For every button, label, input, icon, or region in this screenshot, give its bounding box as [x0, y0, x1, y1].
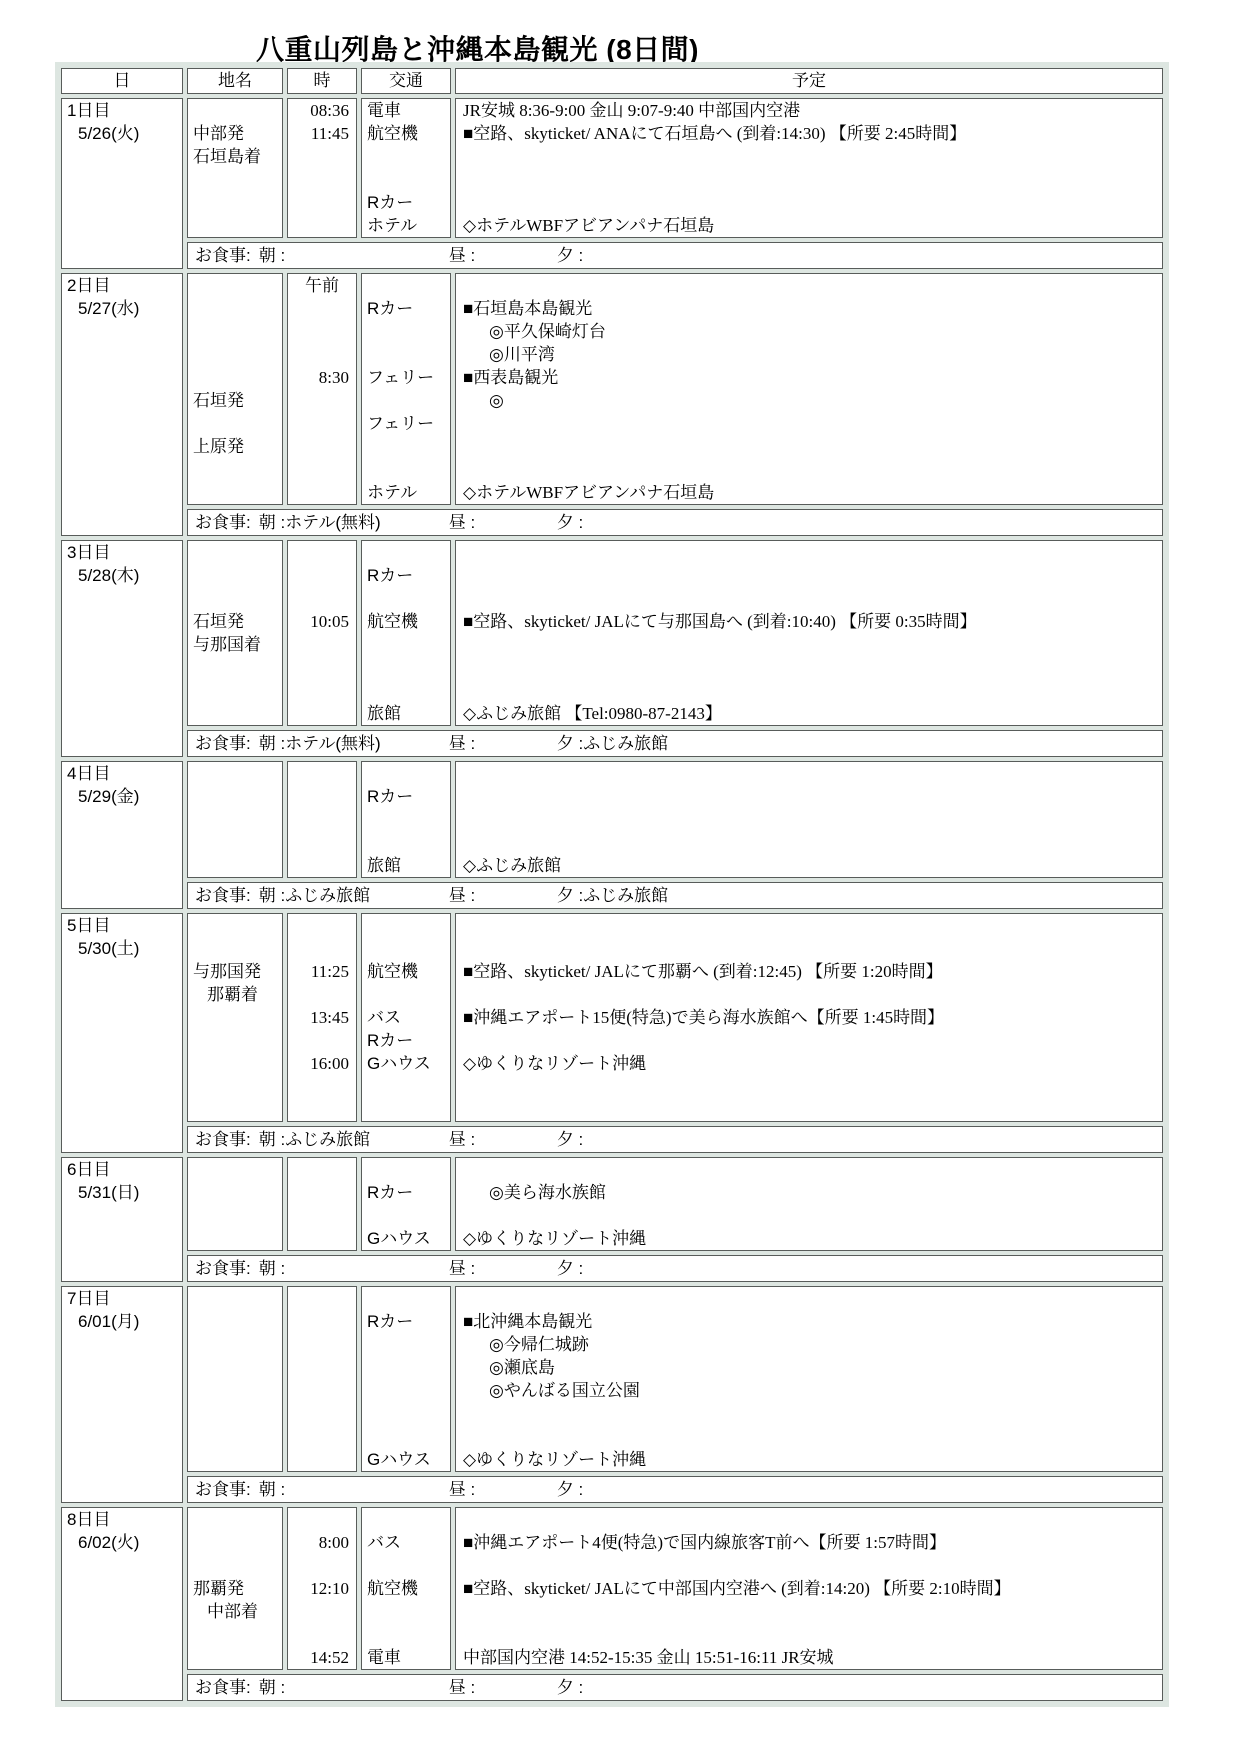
meal-lunch: 昼 :: [449, 1256, 557, 1281]
place-line: [188, 1287, 282, 1310]
meal-lunch: 昼 :: [449, 1675, 557, 1700]
place-line: 与那国着: [188, 633, 282, 656]
plan-line: [456, 762, 1162, 785]
meal-dinner-label: 夕 :: [557, 734, 583, 753]
transport-line: [362, 1623, 450, 1646]
meal-dinner-label: 夕 :: [557, 1130, 583, 1149]
day-date: 5/27(水): [62, 297, 182, 320]
plan-line: [456, 1287, 1162, 1310]
transport-line: 電車: [362, 1646, 450, 1669]
meal-breakfast-label: 朝 :: [259, 513, 285, 532]
time-line: [288, 1554, 356, 1577]
transport-line: [362, 937, 450, 960]
transport-line: [362, 1333, 450, 1356]
day-block-row: 6日目5/31(日) Rカー Gハウス ◎美ら海水族館 ◇ゆくりなリゾート沖縄: [61, 1157, 1163, 1251]
plan-line: [456, 983, 1162, 1006]
meal-lunch-label: 昼 :: [449, 1480, 475, 1499]
meal-breakfast-label: 朝 :: [259, 734, 285, 753]
time-line: [288, 1508, 356, 1531]
meal-dinner: 夕 :: [557, 243, 583, 268]
transport-cell: Rカー 航空機 旅館: [361, 540, 451, 726]
day-number: 7日目: [62, 1287, 182, 1310]
plan-cell: ◎美ら海水族館 ◇ゆくりなリゾート沖縄: [455, 1157, 1163, 1251]
day-date: 5/26(火): [62, 122, 182, 145]
transport-line: 旅館: [362, 854, 450, 877]
plan-line: ◎川平湾: [456, 343, 1162, 366]
place-line: 中部着: [188, 1600, 282, 1623]
meal-breakfast: 朝 :: [259, 1675, 449, 1700]
place-line: [188, 366, 282, 389]
place-line: [188, 656, 282, 679]
meal-breakfast-value: ふじみ旅館: [285, 886, 370, 905]
plan-line: ◇ゆくりなリゾート沖縄: [456, 1052, 1162, 1075]
place-line: [188, 762, 282, 785]
plan-line: [456, 191, 1162, 214]
itinerary-table: 日 地名 時 交通 予定 1日目5/26(火) 中部発石垣島着 08:3611:…: [57, 64, 1167, 1705]
plan-cell: ■空路、skyticket/ JALにて与那国島へ (到着:10:40) 【所要…: [455, 540, 1163, 726]
place-cell: 那覇発中部着: [187, 1507, 283, 1670]
meal-dinner-label: 夕 :: [557, 513, 583, 532]
place-line: [188, 1075, 282, 1098]
transport-line: [362, 983, 450, 1006]
day-number: 8日目: [62, 1508, 182, 1531]
day-block-row: 4日目5/29(金) Rカー 旅館 ◇ふじみ旅館: [61, 761, 1163, 878]
transport-line: [362, 1600, 450, 1623]
day-date: 5/29(金): [62, 785, 182, 808]
transport-line: [362, 1287, 450, 1310]
place-line: [188, 1356, 282, 1379]
place-cell: [187, 1157, 283, 1251]
time-cell: 8:00 12:10 14:52: [287, 1507, 357, 1670]
plan-line: [456, 1600, 1162, 1623]
meal-breakfast: 朝 :: [259, 243, 449, 268]
transport-line: [362, 458, 450, 481]
place-line: 那覇発: [188, 1577, 282, 1600]
time-line: [288, 145, 356, 168]
transport-line: 航空機: [362, 960, 450, 983]
header-row: 日 地名 時 交通 予定: [61, 68, 1163, 94]
time-line: 16:00: [288, 1052, 356, 1075]
meal-breakfast-label: 朝 :: [259, 246, 285, 265]
transport-line: Rカー: [362, 1029, 450, 1052]
time-line: [288, 389, 356, 412]
plan-line: ■石垣島本島観光: [456, 297, 1162, 320]
place-line: [188, 587, 282, 610]
day-block-row: 2日目5/27(水) 石垣発 上原発 午前 8:30 Rカー フェリー フェリー…: [61, 273, 1163, 505]
place-line: [188, 168, 282, 191]
plan-line: [456, 1402, 1162, 1425]
transport-line: 航空機: [362, 122, 450, 145]
meal-label: お食事:: [188, 883, 251, 908]
place-line: [188, 1554, 282, 1577]
header-cell-place: 地名: [187, 68, 283, 94]
day-date: 5/31(日): [62, 1181, 182, 1204]
plan-line: ■沖縄エアポート4便(特急)で国内線旅客T前へ【所要 1:57時間】: [456, 1531, 1162, 1554]
meal-lunch-label: 昼 :: [449, 734, 475, 753]
plan-line: [456, 168, 1162, 191]
transport-line: [362, 1075, 450, 1098]
header-cell-transport: 交通: [361, 68, 451, 94]
time-cell: 午前 8:30: [287, 273, 357, 505]
place-line: [188, 914, 282, 937]
meal-dinner-value: ふじみ旅館: [583, 734, 668, 753]
header-cell-time: 時: [287, 68, 357, 94]
place-line: [188, 1448, 282, 1471]
place-line: [188, 808, 282, 831]
transport-line: [362, 1379, 450, 1402]
plan-line: ◇ゆくりなリゾート沖縄: [456, 1448, 1162, 1471]
transport-line: バス: [362, 1006, 450, 1029]
meal-breakfast: 朝 :ホテル(無料): [259, 510, 449, 535]
time-cell: 11:25 13:45 16:00: [287, 913, 357, 1122]
meal-row: お食事:朝 :昼 :夕 :: [61, 242, 1163, 269]
meal-label: お食事:: [188, 1675, 251, 1700]
plan-line: [456, 937, 1162, 960]
plan-line: [456, 1623, 1162, 1646]
plan-line: [456, 656, 1162, 679]
place-line: [188, 1333, 282, 1356]
plan-line: [456, 564, 1162, 587]
transport-cell: Rカー Gハウス: [361, 1286, 451, 1472]
day-date: 5/28(木): [62, 564, 182, 587]
meal-lunch: 昼 :: [449, 243, 557, 268]
time-line: [288, 1333, 356, 1356]
time-line: 午前: [288, 274, 356, 297]
meal-breakfast: 朝 :ふじみ旅館: [259, 1127, 449, 1152]
transport-line: [362, 1554, 450, 1577]
plan-line: ◎やんばる国立公園: [456, 1379, 1162, 1402]
plan-line: ◇ホテルWBFアビアンパナ石垣島: [456, 481, 1162, 504]
transport-line: Rカー: [362, 785, 450, 808]
time-line: [288, 785, 356, 808]
time-line: [288, 914, 356, 937]
place-line: [188, 214, 282, 237]
place-line: 石垣島着: [188, 145, 282, 168]
plan-line: ■北沖縄本島観光: [456, 1310, 1162, 1333]
time-line: [288, 214, 356, 237]
plan-line: ◇ゆくりなリゾート沖縄: [456, 1227, 1162, 1250]
transport-line: [362, 1098, 450, 1121]
time-line: 11:45: [288, 122, 356, 145]
time-line: [288, 679, 356, 702]
meal-lunch-label: 昼 :: [449, 1130, 475, 1149]
plan-line: ■西表島観光: [456, 366, 1162, 389]
plan-cell: ■沖縄エアポート4便(特急)で国内線旅客T前へ【所要 1:57時間】 ■空路、s…: [455, 1507, 1163, 1670]
meal-lunch: 昼 :: [449, 510, 557, 535]
plan-line: [456, 541, 1162, 564]
time-line: [288, 854, 356, 877]
plan-line: ◎: [456, 389, 1162, 412]
transport-line: [362, 679, 450, 702]
place-line: [188, 320, 282, 343]
time-line: 08:36: [288, 99, 356, 122]
place-line: [188, 831, 282, 854]
transport-line: Gハウス: [362, 1052, 450, 1075]
time-line: [288, 1098, 356, 1121]
plan-line: ◎平久保崎灯台: [456, 320, 1162, 343]
plan-line: [456, 914, 1162, 937]
meal-row: お食事:朝 :昼 :夕 :: [61, 1674, 1163, 1701]
time-cell: 08:3611:45: [287, 98, 357, 238]
place-line: [188, 343, 282, 366]
meal-breakfast-value: ふじみ旅館: [285, 1130, 370, 1149]
transport-line: フェリー: [362, 412, 450, 435]
meal-row: お食事:朝 :ホテル(無料)昼 :夕 :: [61, 509, 1163, 536]
time-line: [288, 481, 356, 504]
place-line: [188, 481, 282, 504]
meal-label: お食事:: [188, 1127, 251, 1152]
time-line: [288, 1181, 356, 1204]
meal-row: お食事:朝 :ふじみ旅館昼 :夕 :: [61, 1126, 1163, 1153]
place-line: [188, 1425, 282, 1448]
day-number: 2日目: [62, 274, 182, 297]
time-line: [288, 168, 356, 191]
transport-cell: Rカー フェリー フェリー ホテル: [361, 273, 451, 505]
meal-cell: お食事:朝 :ホテル(無料)昼 :夕 :: [187, 509, 1163, 536]
meal-lunch: 昼 :: [449, 731, 557, 756]
time-line: [288, 983, 356, 1006]
time-line: [288, 762, 356, 785]
day-cell: 1日目5/26(火): [61, 98, 183, 269]
transport-line: ホテル: [362, 214, 450, 237]
place-line: [188, 1158, 282, 1181]
meal-dinner-label: 夕 :: [557, 1678, 583, 1697]
place-line: [188, 412, 282, 435]
header-cell-plan: 予定: [455, 68, 1163, 94]
transport-line: [362, 343, 450, 366]
plan-line: [456, 274, 1162, 297]
plan-line: [456, 808, 1162, 831]
place-line: [188, 1204, 282, 1227]
plan-line: ■空路、skyticket/ JALにて中部国内空港へ (到着:14:20) 【…: [456, 1577, 1162, 1600]
plan-line: ◇ホテルWBFアビアンパナ石垣島: [456, 214, 1162, 237]
plan-line: [456, 785, 1162, 808]
time-line: [288, 1402, 356, 1425]
time-line: [288, 1356, 356, 1379]
place-line: [188, 274, 282, 297]
meal-cell: お食事:朝 :昼 :夕 :: [187, 242, 1163, 269]
plan-line: 中部国内空港 14:52-15:35 金山 15:51-16:11 JR安城: [456, 1646, 1162, 1669]
transport-line: [362, 808, 450, 831]
plan-line: ■空路、skyticket/ JALにて那覇へ (到着:12:45) 【所要 1…: [456, 960, 1162, 983]
day-number: 3日目: [62, 541, 182, 564]
day-cell: 5日目5/30(土): [61, 913, 183, 1153]
plan-line: [456, 633, 1162, 656]
meal-cell: お食事:朝 :ホテル(無料)昼 :夕 :ふじみ旅館: [187, 730, 1163, 757]
plan-cell: ■北沖縄本島観光◎今帰仁城跡◎瀬底島◎やんばる国立公園 ◇ゆくりなリゾート沖縄: [455, 1286, 1163, 1472]
day-number: 1日目: [62, 99, 182, 122]
transport-line: 航空機: [362, 1577, 450, 1600]
place-line: 上原発: [188, 435, 282, 458]
day-block-row: 5日目5/30(土) 与那国発那覇着 11:25 13:45 16:00 航空機…: [61, 913, 1163, 1122]
transport-line: Gハウス: [362, 1227, 450, 1250]
place-cell: 中部発石垣島着: [187, 98, 283, 238]
place-line: [188, 1098, 282, 1121]
plan-line: ■空路、skyticket/ JALにて与那国島へ (到着:10:40) 【所要…: [456, 610, 1162, 633]
time-line: [288, 412, 356, 435]
meal-label: お食事:: [188, 243, 251, 268]
transport-line: Rカー: [362, 1181, 450, 1204]
time-line: [288, 702, 356, 725]
meal-lunch-label: 昼 :: [449, 1259, 475, 1278]
place-line: [188, 99, 282, 122]
time-line: 10:05: [288, 610, 356, 633]
plan-line: [456, 1029, 1162, 1052]
transport-cell: Rカー 旅館: [361, 761, 451, 878]
place-cell: 石垣発与那国着: [187, 540, 283, 726]
transport-line: [362, 1402, 450, 1425]
place-line: [188, 1310, 282, 1333]
day-date: 5/30(土): [62, 937, 182, 960]
time-line: [288, 831, 356, 854]
meal-lunch-label: 昼 :: [449, 246, 475, 265]
transport-line: ホテル: [362, 481, 450, 504]
day-cell: 4日目5/29(金): [61, 761, 183, 909]
plan-line: ◎今帰仁城跡: [456, 1333, 1162, 1356]
meal-dinner: 夕 :: [557, 1675, 583, 1700]
transport-line: [362, 145, 450, 168]
time-line: [288, 191, 356, 214]
meal-lunch-label: 昼 :: [449, 513, 475, 532]
day-number: 4日目: [62, 762, 182, 785]
time-line: [288, 1158, 356, 1181]
day-date: 6/01(月): [62, 1310, 182, 1333]
time-line: [288, 1310, 356, 1333]
place-line: 那覇着: [188, 983, 282, 1006]
place-line: [188, 1623, 282, 1646]
transport-line: [362, 914, 450, 937]
place-cell: [187, 761, 283, 878]
plan-line: [456, 1204, 1162, 1227]
transport-line: Rカー: [362, 191, 450, 214]
plan-cell: ■石垣島本島観光◎平久保崎灯台◎川平湾■西表島観光◎ ◇ホテルWBFアビアンパナ…: [455, 273, 1163, 505]
plan-line: [456, 1508, 1162, 1531]
place-line: 中部発: [188, 122, 282, 145]
time-line: [288, 1448, 356, 1471]
place-line: [188, 1402, 282, 1425]
place-cell: 与那国発那覇着: [187, 913, 283, 1122]
time-line: [288, 937, 356, 960]
meal-dinner: 夕 :: [557, 1127, 583, 1152]
time-line: 12:10: [288, 1577, 356, 1600]
transport-line: [362, 389, 450, 412]
meal-row: お食事:朝 :昼 :夕 :: [61, 1255, 1163, 1282]
day-cell: 8日目6/02(火): [61, 1507, 183, 1701]
meal-cell: お食事:朝 :昼 :夕 :: [187, 1255, 1163, 1282]
place-line: [188, 191, 282, 214]
meal-cell: お食事:朝 :ふじみ旅館昼 :夕 :ふじみ旅館: [187, 882, 1163, 909]
plan-line: [456, 458, 1162, 481]
meal-dinner-label: 夕 :: [557, 1259, 583, 1278]
transport-line: Rカー: [362, 297, 450, 320]
time-line: [288, 1379, 356, 1402]
transport-cell: 電車航空機 Rカーホテル: [361, 98, 451, 238]
plan-line: ◇ふじみ旅館 【Tel:0980-87-2143】: [456, 702, 1162, 725]
meal-breakfast-label: 朝 :: [259, 886, 285, 905]
plan-line: [456, 679, 1162, 702]
day-block-row: 3日目5/28(木) 石垣発与那国着 10:05 Rカー 航空機 旅館 ■空路、…: [61, 540, 1163, 726]
plan-cell: JR安城 8:36-9:00 金山 9:07-9:40 中部国内空港■空路、sk…: [455, 98, 1163, 238]
transport-line: [362, 168, 450, 191]
place-cell: [187, 1286, 283, 1472]
meal-breakfast-value: ホテル(無料): [285, 513, 380, 532]
time-line: 8:30: [288, 366, 356, 389]
time-line: [288, 1075, 356, 1098]
place-line: [188, 679, 282, 702]
time-line: [288, 343, 356, 366]
plan-cell: ■空路、skyticket/ JALにて那覇へ (到着:12:45) 【所要 1…: [455, 913, 1163, 1122]
day-block-row: 7日目6/01(月) Rカー Gハウス ■北沖縄本島観光◎今帰仁城跡◎瀬底島◎や…: [61, 1286, 1163, 1472]
plan-line: [456, 1158, 1162, 1181]
transport-line: [362, 541, 450, 564]
time-line: [288, 1227, 356, 1250]
plan-cell: ◇ふじみ旅館: [455, 761, 1163, 878]
time-line: [288, 320, 356, 343]
place-line: [188, 785, 282, 808]
place-line: [188, 1531, 282, 1554]
meal-row: お食事:朝 :ホテル(無料)昼 :夕 :ふじみ旅館: [61, 730, 1163, 757]
plan-line: ◎瀬底島: [456, 1356, 1162, 1379]
place-line: [188, 564, 282, 587]
day-cell: 3日目5/28(木): [61, 540, 183, 757]
place-line: [188, 1029, 282, 1052]
place-line: [188, 702, 282, 725]
time-line: [288, 633, 356, 656]
meal-dinner-label: 夕 :: [557, 886, 583, 905]
plan-line: [456, 831, 1162, 854]
meal-breakfast-label: 朝 :: [259, 1259, 285, 1278]
transport-line: [362, 1356, 450, 1379]
time-line: [288, 656, 356, 679]
transport-cell: 航空機 バスRカーGハウス: [361, 913, 451, 1122]
transport-line: [362, 435, 450, 458]
time-line: 8:00: [288, 1531, 356, 1554]
meal-row: お食事:朝 :昼 :夕 :: [61, 1476, 1163, 1503]
transport-line: [362, 1425, 450, 1448]
time-cell: [287, 1286, 357, 1472]
time-line: [288, 1600, 356, 1623]
place-line: [188, 1006, 282, 1029]
meal-label: お食事:: [188, 1256, 251, 1281]
time-line: [288, 1204, 356, 1227]
transport-cell: Rカー Gハウス: [361, 1157, 451, 1251]
plan-line: ■空路、skyticket/ ANAにて石垣島へ (到着:14:30) 【所要 …: [456, 122, 1162, 145]
day-block-row: 1日目5/26(火) 中部発石垣島着 08:3611:45 電車航空機 Rカーホ…: [61, 98, 1163, 238]
meal-dinner: 夕 :ふじみ旅館: [557, 731, 668, 756]
transport-line: [362, 587, 450, 610]
transport-line: Rカー: [362, 1310, 450, 1333]
time-line: [288, 587, 356, 610]
time-line: [288, 435, 356, 458]
transport-line: Gハウス: [362, 1448, 450, 1471]
place-line: [188, 1379, 282, 1402]
meal-label: お食事:: [188, 510, 251, 535]
plan-line: [456, 1098, 1162, 1121]
place-line: [188, 937, 282, 960]
transport-line: [362, 656, 450, 679]
transport-line: [362, 1508, 450, 1531]
transport-line: フェリー: [362, 366, 450, 389]
meal-breakfast-label: 朝 :: [259, 1130, 285, 1149]
time-line: [288, 1623, 356, 1646]
plan-line: ◎美ら海水族館: [456, 1181, 1162, 1204]
meal-breakfast: 朝 :: [259, 1256, 449, 1281]
time-cell: [287, 761, 357, 878]
day-block-row: 8日目6/02(火) 那覇発中部着 8:00 12:10 14:52 バス 航空…: [61, 1507, 1163, 1670]
meal-lunch-label: 昼 :: [449, 1678, 475, 1697]
transport-line: [362, 762, 450, 785]
place-line: [188, 1181, 282, 1204]
